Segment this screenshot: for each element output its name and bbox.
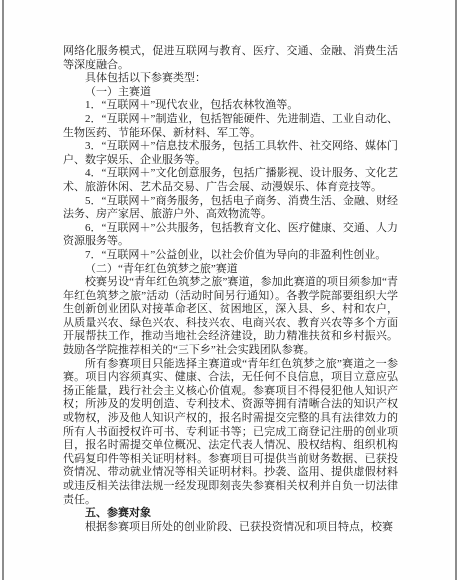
paragraph: 具体包括以下参赛类型： — [63, 72, 398, 86]
paragraph: 4．“互联网＋”文化创意服务，包括广播影视、设计服务、文化艺术、旅游休闲、艺术品… — [63, 167, 398, 194]
paragraph: （二）“青年红色筑梦之旅”赛道 — [63, 263, 398, 277]
paragraph: 5．“互联网＋”商务服务，包括电子商务、消费生活、金融、财经法务、房产家居、旅游… — [63, 195, 398, 222]
paragraph: 根据参赛项目所处的创业阶段、已获投资情况和项目特点，校赛 — [63, 521, 398, 535]
section-heading: 五、参赛对象 — [63, 507, 398, 521]
paragraph: 所有参赛项目只能选择主赛道或“青年红色筑梦之旅”赛道之一参赛。项目内容须真实、健… — [63, 358, 398, 508]
scan-edge-left — [2, 0, 4, 580]
paragraph: 3．“互联网＋”信息技术服务，包括工具软件、社交网络、媒体门户、数字娱乐、企业服… — [63, 140, 398, 167]
paragraph: 1．“互联网＋”现代农业，包括农林牧渔等。 — [63, 99, 398, 113]
paragraph: （一）主赛道 — [63, 86, 398, 100]
document-body: 网络化服务模式，促进互联网与教育、医疗、交通、金融、消费生活等深度融合。具体包括… — [63, 45, 398, 534]
paragraph: 网络化服务模式，促进互联网与教育、医疗、交通、金融、消费生活等深度融合。 — [63, 45, 398, 72]
paragraph: 7．“互联网＋”公益创业，以社会价值为导向的非盈利性创业。 — [63, 249, 398, 263]
scan-edge-right — [455, 0, 457, 580]
paragraph: 校赛另设“青年红色筑梦之旅”赛道，参加此赛道的项目须参加“青年红色筑梦之旅”活动… — [63, 276, 398, 358]
paragraph: 6．“互联网＋”公共服务，包括教育文化、医疗健康、交通、人力资源服务等。 — [63, 222, 398, 249]
paragraph: 2．“互联网＋”制造业，包括智能硬件、先进制造、工业自动化、生物医药、节能环保、… — [63, 113, 398, 140]
